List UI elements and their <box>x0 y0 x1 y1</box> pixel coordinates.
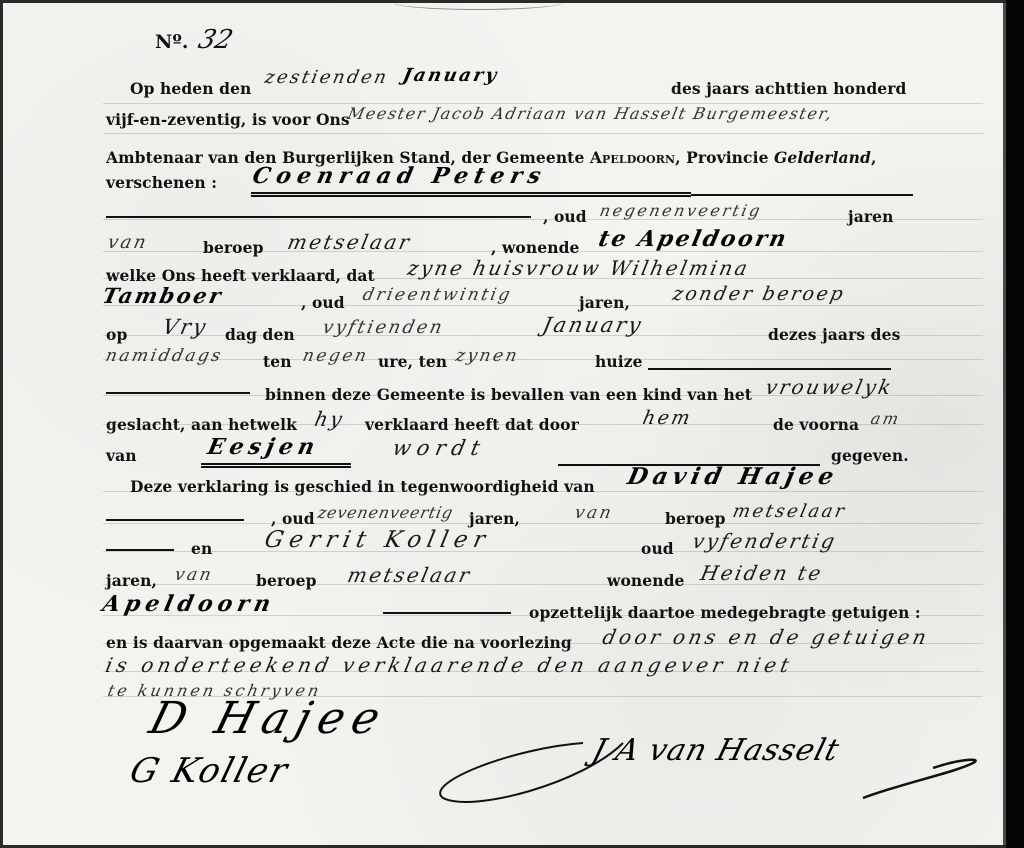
handwritten-day: zestienden <box>263 67 391 88</box>
handwritten-occupation: metselaar <box>285 230 413 254</box>
printed-text: dezes jaars des <box>768 325 900 344</box>
handwritten-text: am <box>869 409 903 428</box>
blank-rule <box>648 368 891 370</box>
double-underline <box>251 192 691 197</box>
printed-text: jaren, <box>579 293 630 312</box>
printed-text: geslacht, aan hetwelk <box>106 415 297 434</box>
handwritten-hour: negen <box>301 346 371 366</box>
printed-text: jaren, <box>106 571 157 590</box>
printed-text: vijf-en-zeventig, is voor Ons <box>106 110 350 129</box>
scan-border <box>1006 0 1024 848</box>
handwritten-text: van <box>106 232 150 253</box>
blank-rule <box>383 612 511 614</box>
handwritten-child-name: Eesjen <box>205 434 322 460</box>
handwritten-age: drieentwintig <box>361 285 514 305</box>
handwritten-age: vyfendertig <box>690 529 839 553</box>
printed-text: ten <box>263 352 292 371</box>
handwritten-birth-month: January <box>540 313 645 337</box>
handwritten-text: door ons en de getuigen <box>600 625 931 649</box>
guide-line <box>103 551 983 552</box>
printed-text: jaren, <box>469 509 520 528</box>
printed-text: Op heden den <box>130 79 251 98</box>
double-underline <box>201 463 351 468</box>
handwritten-wife-name: zyne huisvrouw Wilhelmina <box>405 256 751 280</box>
blank-rule <box>691 194 913 196</box>
printed-text: de voorna <box>773 415 859 434</box>
handwritten-sex: vrouwelyk <box>763 375 895 399</box>
certificate-page: Nº. 32 Op heden den zestienden January d… <box>3 3 1006 845</box>
blank-rule <box>106 392 250 394</box>
handwritten-text: hem <box>641 407 695 429</box>
guide-line <box>103 359 983 360</box>
handwritten-witness2-name: Gerrit Koller <box>262 527 493 553</box>
printed-text: Deze verklaring is geschied in tegenwoor… <box>130 477 595 496</box>
handwritten-text: is onderteekend verklaarende den aangeve… <box>103 653 795 677</box>
printed-text: verklaard heeft dat door <box>365 415 579 434</box>
printed-text: oud <box>641 539 674 558</box>
handwritten-occupation: metselaar <box>345 563 473 587</box>
printed-text: beroep <box>203 238 264 257</box>
printed-text: en is daarvan opgemaakt deze Acte die na… <box>106 633 572 652</box>
handwritten-text: zynen <box>454 346 521 366</box>
printed-text: beroep <box>256 571 317 590</box>
handwritten-residence: te Apeldoorn <box>596 226 790 252</box>
handwritten-text: van <box>573 503 615 523</box>
printed-text: opzettelijk daartoe medegebragte getuige… <box>529 603 921 622</box>
record-number: 32 <box>195 25 236 55</box>
handwritten-residence: Apeldoorn <box>100 591 278 617</box>
printed-text: ure, ten <box>378 352 447 371</box>
record-number-label: Nº. <box>155 31 188 53</box>
guide-line <box>103 523 983 524</box>
handwritten-age: negenenveertig <box>598 201 764 220</box>
handwritten-text: van <box>173 565 215 585</box>
printed-text: huize <box>595 352 643 371</box>
blank-rule <box>106 216 531 218</box>
signature-flourish <box>433 723 993 803</box>
handwritten-declarant-name: Coenraad Peters <box>250 163 549 189</box>
printed-text: , oud <box>301 293 345 312</box>
handwritten-text: wordt <box>390 436 488 460</box>
printed-text: binnen deze Gemeente is bevallen van een… <box>265 385 752 404</box>
handwritten-time-of-day: namiddags <box>104 346 225 366</box>
signature-witness1: D Hajee <box>144 693 393 744</box>
printed-text: verschenen : <box>106 173 217 192</box>
handwritten-occupation: zonder beroep <box>671 283 848 305</box>
printed-text: , oud <box>271 509 315 528</box>
handwritten-residence: Heiden te <box>698 561 825 585</box>
printed-text: gegeven. <box>831 446 909 465</box>
handwritten-occupation: metselaar <box>731 501 849 522</box>
handwritten-weekday: Vry <box>160 315 210 339</box>
handwritten-month: January <box>401 65 501 86</box>
printed-text: dag den <box>225 325 295 344</box>
printed-text: en <box>191 539 212 558</box>
guide-line <box>103 584 983 585</box>
municipality-name: Apeldoorn <box>590 148 675 167</box>
blank-rule <box>106 549 174 551</box>
printed-text: jaren <box>848 207 893 226</box>
printed-text: , oud <box>543 207 587 226</box>
printed-text: , wonende <box>491 238 579 257</box>
printed-text: op <box>106 325 127 344</box>
printed-text: wonende <box>607 571 684 590</box>
blank-rule <box>106 519 244 521</box>
handwritten-text: hy <box>312 407 346 431</box>
printed-text: beroep <box>665 509 726 528</box>
printed-text: van <box>106 446 137 465</box>
handwritten-age: zevenenveertig <box>316 503 455 522</box>
guide-line <box>103 133 983 134</box>
guide-line <box>103 305 983 306</box>
printed-text: des jaars achttien honderd <box>671 79 906 98</box>
province-name: Gelderland <box>774 148 871 167</box>
handwritten-birth-day: vyftienden <box>321 317 446 338</box>
page-fold-mark <box>393 3 563 10</box>
handwritten-registrar-name: Meester Jacob Adriaan van Hasselt Burgem… <box>346 104 835 123</box>
handwritten-witness1-name: David Hajee <box>625 463 841 490</box>
signature-witness2: G Koller <box>126 751 294 791</box>
handwritten-wife-surname: Tamboer <box>100 283 225 308</box>
